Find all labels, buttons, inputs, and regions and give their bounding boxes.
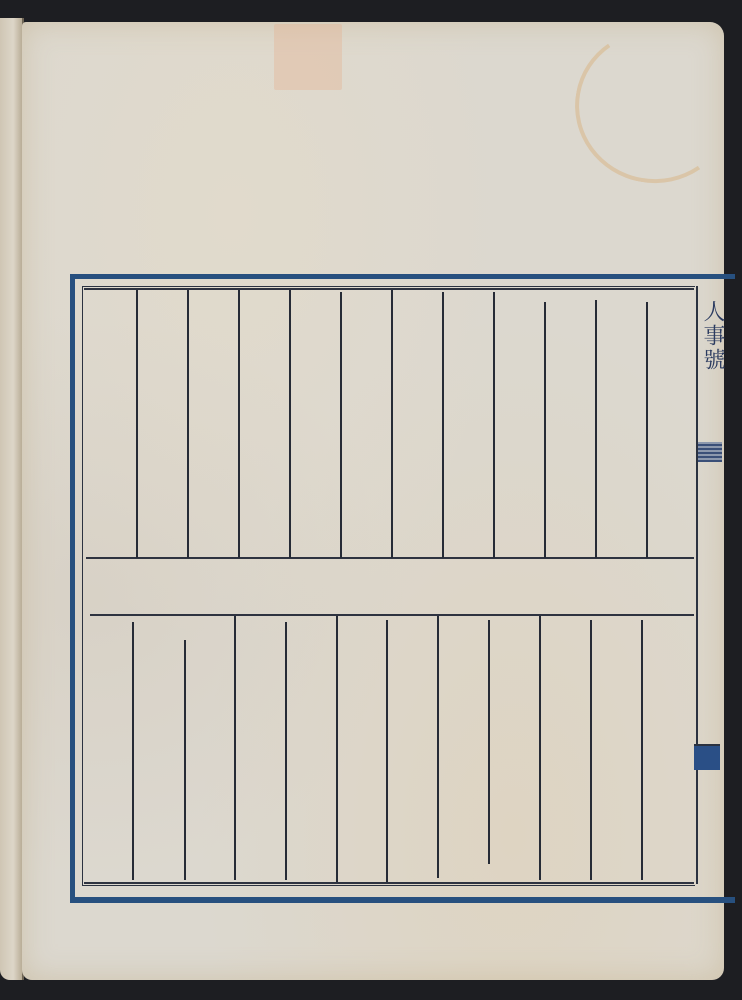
upper-column-rule: [289, 290, 291, 558]
lower-column-rule: [488, 620, 490, 864]
margin-column: [696, 286, 722, 884]
upper-column-rule: [187, 290, 189, 558]
adjacent-page-edge: [0, 18, 24, 980]
lower-column-rule: [336, 616, 338, 882]
ink-block-mark: [694, 744, 720, 770]
upper-column-rule: [340, 292, 342, 558]
lower-top-rule: [90, 614, 694, 616]
margin-title: 人事號: [700, 300, 724, 372]
upper-column-rule: [391, 290, 393, 558]
upper-column-rule: [442, 292, 444, 558]
lower-column-rule: [234, 616, 236, 880]
lower-bottom-rule: [84, 882, 694, 884]
upper-column-rule: [595, 300, 597, 558]
upper-top-rule: [84, 288, 694, 290]
lower-column-rule: [590, 620, 592, 880]
lower-column-rule: [641, 620, 643, 880]
lower-column-rule: [386, 620, 388, 882]
lower-column-rule: [285, 622, 287, 880]
upper-bottom-rule: [86, 557, 694, 559]
lower-column-rule: [539, 616, 541, 880]
lower-column-rule: [437, 616, 439, 878]
upper-column-rule: [493, 292, 495, 558]
upper-column-rule: [544, 302, 546, 558]
upper-column-rule: [136, 290, 138, 558]
upper-column-rule: [238, 290, 240, 558]
table-grid: [82, 286, 695, 886]
lower-column-rule: [132, 622, 134, 880]
upper-column-rule: [646, 302, 648, 558]
fishtail-mark: [698, 442, 722, 462]
collector-seal: [274, 24, 342, 90]
lower-column-rule: [184, 640, 186, 880]
